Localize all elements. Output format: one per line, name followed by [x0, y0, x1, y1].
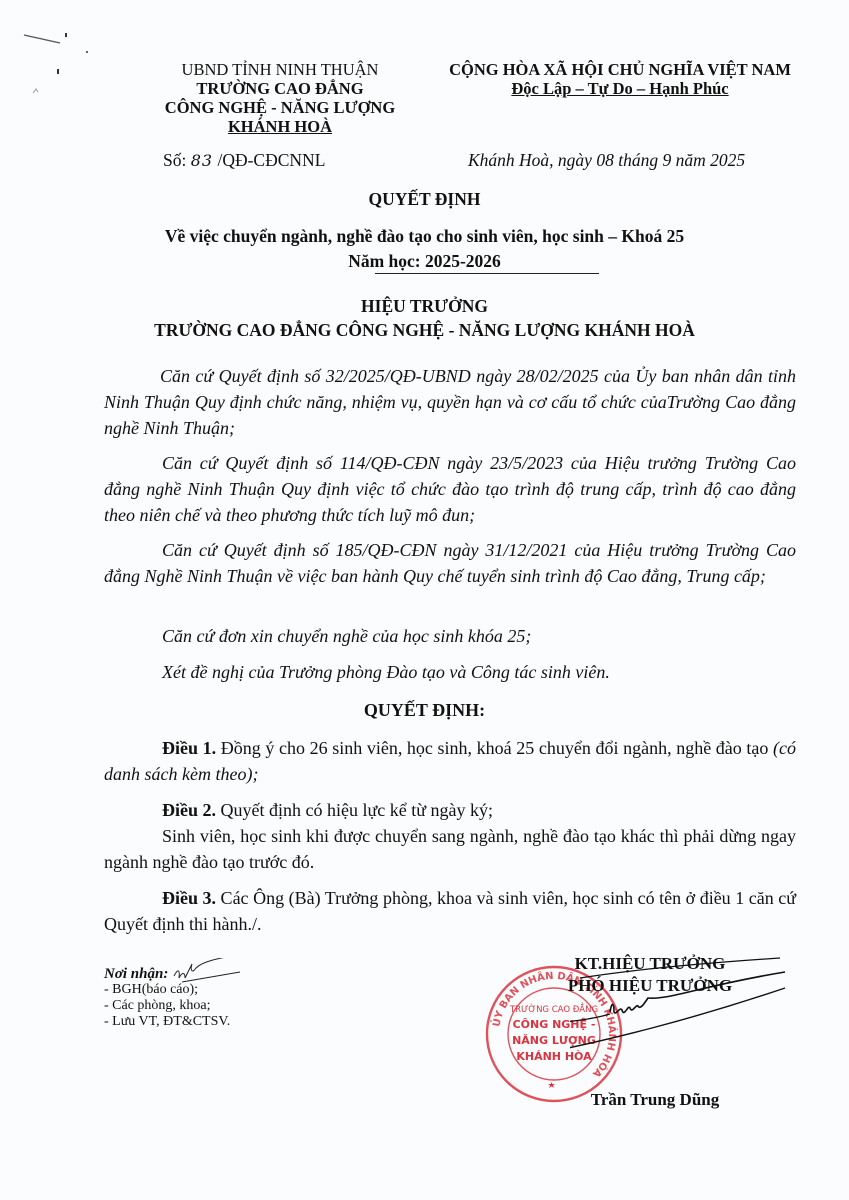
- divider: [375, 273, 599, 274]
- subject-line1: Về việc chuyển ngành, nghề đào tạo cho s…: [0, 224, 849, 249]
- article-2: Điều 2. Quyết định có hiệu lực kể từ ngà…: [104, 797, 796, 823]
- handwritten-signature: [570, 950, 790, 1070]
- place-and-date: Khánh Hoà, ngày 08 tháng 9 năm 2025: [468, 150, 745, 171]
- legal-basis-3: Căn cứ Quyết định số 185/QĐ-CĐN ngày 31/…: [104, 537, 796, 589]
- issuing-organization-header: UBND TỈNH NINH THUẬN TRƯỜNG CAO ĐẲNG CÔN…: [130, 60, 430, 136]
- article-3: Điều 3. Các Ông (Bà) Trưởng phòng, khoa …: [104, 885, 796, 937]
- legal-basis-1: Căn cứ Quyết định số 32/2025/QĐ-UBND ngà…: [104, 363, 796, 441]
- org-name-line1: TRƯỜNG CAO ĐẲNG: [130, 79, 430, 98]
- national-header: CỘNG HÒA XÃ HỘI CHỦ NGHĨA VIỆT NAM Độc L…: [420, 60, 820, 98]
- legal-basis-5: Xét đề nghị của Trưởng phòng Đào tạo và …: [104, 659, 796, 685]
- nation-name: CỘNG HÒA XÃ HỘI CHỦ NGHĨA VIỆT NAM: [420, 60, 820, 79]
- national-motto: Độc Lập – Tự Do – Hạnh Phúc: [420, 79, 820, 98]
- recipient-item: - Các phòng, khoa;: [104, 998, 230, 1014]
- article-1: Điều 1. Đồng ý cho 26 sinh viên, học sin…: [104, 735, 796, 787]
- org-name-line2: CÔNG NGHỆ - NĂNG LƯỢNG: [130, 98, 430, 117]
- initials-mark: [170, 958, 250, 986]
- handwritten-number: 83: [191, 151, 213, 170]
- document-title: QUYẾT ĐỊNH: [0, 189, 849, 210]
- legal-basis-2: Căn cứ Quyết định số 114/QĐ-CĐN ngày 23/…: [104, 450, 796, 528]
- decision-heading: QUYẾT ĐỊNH:: [0, 700, 849, 721]
- legal-basis-4: Căn cứ đơn xin chuyển nghề của học sinh …: [104, 623, 796, 649]
- star-icon: [548, 1082, 555, 1088]
- authority-name: UBND TỈNH NINH THUẬN: [130, 60, 430, 79]
- issuer-heading: HIỆU TRƯỞNG TRƯỜNG CAO ĐẲNG CÔNG NGHỆ - …: [0, 294, 849, 342]
- recipient-item: - Lưu VT, ĐT&CTSV.: [104, 1014, 230, 1030]
- document-subject: Về việc chuyển ngành, nghề đào tạo cho s…: [0, 224, 849, 274]
- scan-artifact: [20, 30, 90, 100]
- subject-line2: Năm học: 2025-2026: [0, 249, 849, 274]
- signer-name: Trần Trung Dũng: [545, 1090, 765, 1110]
- article-2-detail: Sinh viên, học sinh khi được chuyển sang…: [104, 823, 796, 875]
- org-name-line3: KHÁNH HOÀ: [130, 117, 430, 136]
- document-number: Số: 83 /QĐ-CĐCNNL: [163, 150, 325, 171]
